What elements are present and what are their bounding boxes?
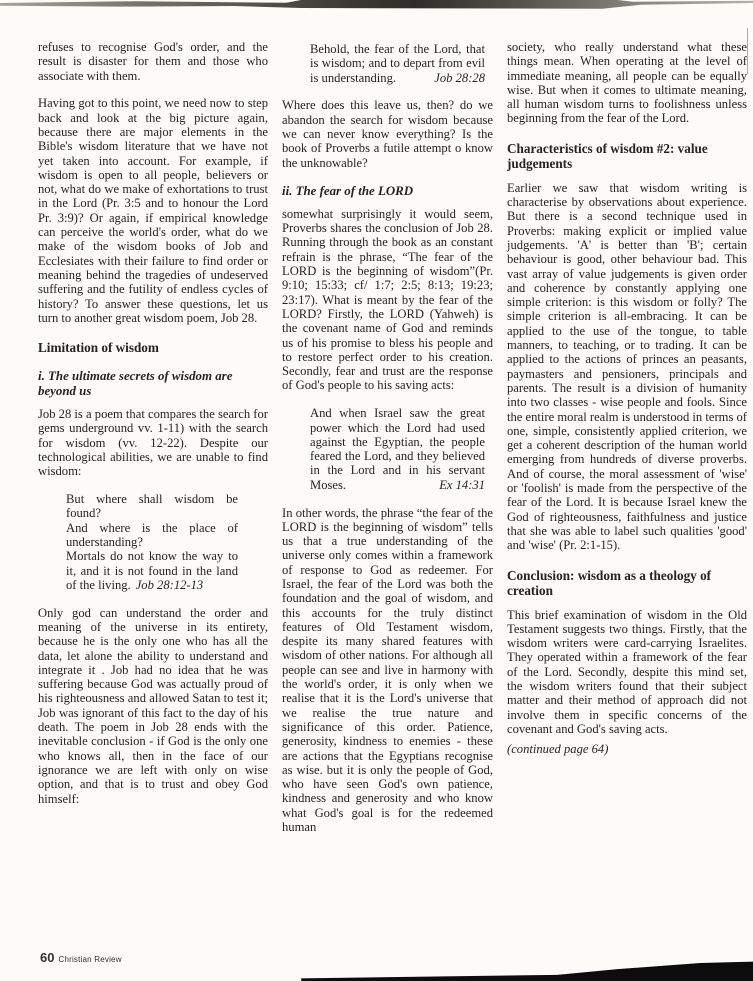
paragraph: refuses to recognise God's order, and th… <box>38 40 268 83</box>
paragraph: In other words, the phrase “the fear of … <box>282 506 493 835</box>
section-heading-conclusion: Conclusion: wisdom as a theology of crea… <box>507 568 747 598</box>
section-heading-characteristics-of-wisdom: Characteristics of wisdom #2: value judg… <box>507 141 747 171</box>
page-footer: 60Christian Review <box>40 949 122 967</box>
scan-artifact-right-edge <box>747 28 749 74</box>
quote-citation: Job 28:28 <box>434 71 485 85</box>
paragraph: Job 28 is a poem that compares the searc… <box>38 407 268 478</box>
quote-text: But where shall wisdom be found? And whe… <box>66 492 238 592</box>
block-quote-job-28-12-13: But where shall wisdom be found? And whe… <box>66 492 238 592</box>
paragraph: Earlier we saw that wisdom writing is ch… <box>507 181 747 553</box>
article-columns: refuses to recognise God's order, and th… <box>0 0 753 848</box>
journal-title: Christian Review <box>58 955 121 964</box>
paragraph: somewhat surprisingly it would seem, Pro… <box>282 207 493 393</box>
paragraph: Where does this leave us, then? do we ab… <box>282 98 493 169</box>
paragraph: society, who really understand what thes… <box>507 40 747 126</box>
quote-citation: Job 28:12-13 <box>136 578 204 592</box>
block-quote-ex-14-31: And when Israel saw the great power whic… <box>310 406 485 492</box>
page-number: 60 <box>40 950 54 965</box>
continued-note: (continued page 64) <box>507 742 747 756</box>
quote-citation: Ex 14:31 <box>439 478 485 492</box>
block-quote-job-28-28: Behold, the fear of the Lord, that is wi… <box>310 42 485 85</box>
column-left: refuses to recognise God's order, and th… <box>38 40 268 848</box>
scanned-magazine-page: refuses to recognise God's order, and th… <box>0 0 753 981</box>
section-heading-limitation-of-wisdom: Limitation of wisdom <box>38 340 268 355</box>
paragraph: Only god can understand the order and me… <box>38 606 268 806</box>
paragraph: This brief examination of wisdom in the … <box>507 608 747 737</box>
subsection-heading-fear-of-the-lord: ii. The fear of the LORD <box>282 184 493 199</box>
paragraph: Having got to this point, we need now to… <box>38 96 268 325</box>
column-right: society, who really understand what thes… <box>507 40 747 848</box>
column-middle: Behold, the fear of the Lord, that is wi… <box>282 40 493 848</box>
subsection-heading-ultimate-secrets: i. The ultimate secrets of wisdom are be… <box>38 369 268 399</box>
